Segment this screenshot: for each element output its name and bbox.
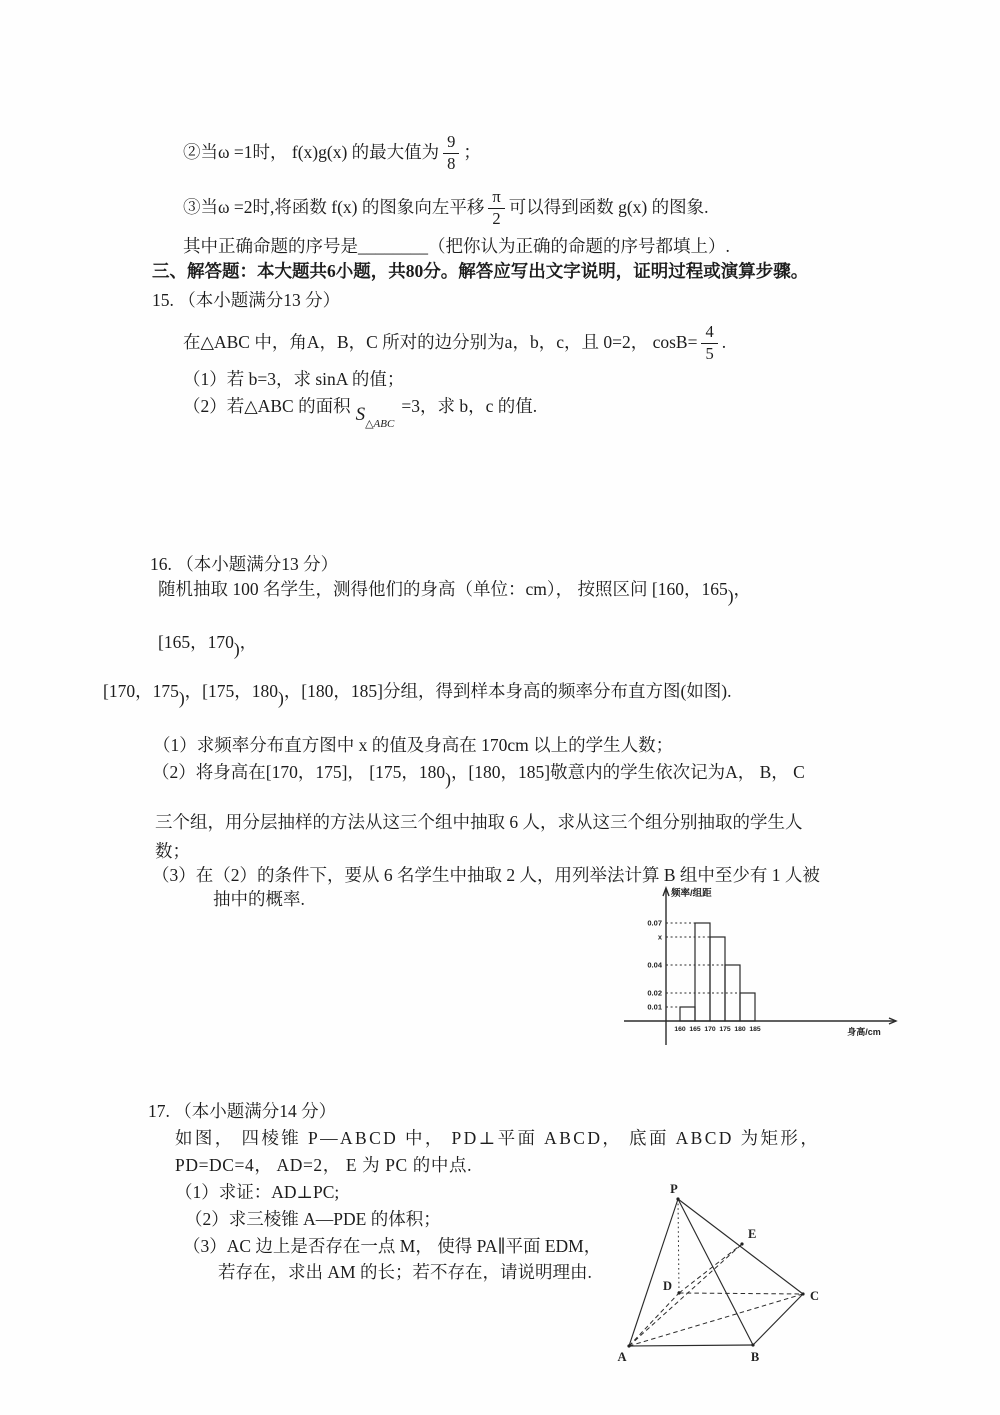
q16-line3-b: ，[175，180 — [185, 681, 278, 701]
histogram-bars-group: 0.07x0.040.020.01160165170175180185 — [647, 919, 760, 1034]
edge-PB — [678, 1199, 753, 1345]
q16-line3: [170，175)，[175，180)，[180，185]分组，得到样本身高的频… — [103, 681, 732, 703]
q16-line2-text: [165，170 — [158, 632, 234, 652]
q16-part1: （1）求频率分布直方图中 x 的值及身高在 170cm 以上的学生人数； — [153, 735, 673, 757]
proposition-3-text: ③当ω =2时,将函数 f(x) 的图象向左平移 — [183, 197, 484, 219]
dropped-paren: ) — [179, 688, 185, 708]
y-tick-label: 0.04 — [647, 961, 662, 970]
vertex-label-P: P — [670, 1182, 678, 1196]
x-tick-label: 185 — [749, 1026, 761, 1033]
fraction-4-5: 4 5 — [701, 324, 717, 362]
q16-part3-line2: 抽中的概率. — [213, 889, 305, 911]
area-subscript: △ABC — [365, 418, 394, 430]
fraction-9-8: 9 8 — [443, 134, 459, 172]
y-tick-label: 0.02 — [647, 989, 662, 998]
fraction-pi-2: π 2 — [488, 189, 504, 227]
q15-part2: （2）若△ABC 的面积S△ABC=3，求 b，c 的值. — [183, 395, 537, 419]
vertex-label-D: D — [663, 1279, 672, 1293]
y-tick-label: 0.07 — [647, 919, 662, 928]
proposition-2-text: ②当ω =1时， f(x)g(x) 的最大值为 — [183, 142, 439, 164]
histogram-bar — [695, 923, 710, 1021]
section-3-header: 三、解答题：本大题共6小题，共80分。解答应写出文字说明，证明过程或演算步骤。 — [152, 261, 808, 283]
q15-part1: （1）若 b=3，求 sinA 的值； — [183, 369, 404, 391]
q16-line2: [165，170)， — [158, 632, 257, 654]
dropped-paren: ) — [234, 639, 240, 659]
q15-intro-punct: . — [722, 332, 726, 354]
x-tick-label: 170 — [704, 1026, 716, 1033]
q15-part2-text-end: =3，求 b，c 的值. — [401, 396, 537, 416]
edge-PC — [678, 1199, 803, 1294]
q16-title: 16. （本小题满分13 分） — [150, 554, 338, 576]
x-axis-label: 身高/cm — [847, 1026, 881, 1037]
proposition-2-punct: ； — [463, 142, 481, 164]
q16-part2-text-a: （2）将身高在[170，175]， [175，180 — [152, 762, 445, 782]
x-tick-label: 160 — [674, 1026, 686, 1033]
proposition-3-text-end: 可以得到函数 g(x) 的图象. — [509, 197, 709, 219]
dropped-paren: ) — [728, 586, 734, 606]
x-tick-label: 180 — [734, 1026, 746, 1033]
x-tick-label: 165 — [689, 1026, 701, 1033]
q16-line1-comma: ， — [734, 579, 752, 599]
vertex-C-dot — [801, 1292, 804, 1295]
q17-part2: （2）求三棱锥 A—PDE 的体积； — [185, 1209, 441, 1231]
edge-DC — [679, 1293, 803, 1294]
frequency-histogram: 频率/组距 身高/cm 0.07x0.040.020.0116016517017… — [612, 875, 902, 1060]
q16-line3-a: [170，175 — [103, 681, 179, 701]
q17-part1: （1）求证：AD⊥PC; — [175, 1182, 339, 1204]
q17-line2: PD=DC=4， AD=2， E 为 PC 的中点. — [175, 1155, 472, 1177]
vertex-label-C: C — [810, 1289, 819, 1303]
q17-line1: 如图， 四棱锥 P—ABCD 中， PD⊥平面 ABCD， 底面 ABCD 为矩… — [175, 1128, 820, 1150]
q16-line2-comma: ， — [240, 632, 258, 652]
q15-intro-text: 在△ABC 中，角A，B，C 所对的边分别为a，b，c，且 0=2， cosB= — [183, 332, 697, 354]
q17-part3-line1: （3）AC 边上是否存在一点 M， 使得 PA∥平面 EDM， — [183, 1236, 601, 1258]
histogram-bar — [740, 993, 755, 1021]
histogram-bar — [680, 1007, 695, 1021]
vertex-label-E: E — [748, 1227, 756, 1241]
q16-part2-line2: 三个组，用分层抽样的方法从这三个组中抽取 6 人，求从这三个组分别抽取的学生人 — [155, 812, 803, 834]
vertex-D-dot — [677, 1291, 680, 1294]
proposition-3-line: ③当ω =2时,将函数 f(x) 的图象向左平移 π 2 可以得到函数 g(x)… — [183, 180, 709, 236]
q16-part2-line3: 数； — [155, 841, 190, 863]
pyramid-figure: P E D C A B — [590, 1180, 890, 1410]
q16-line3-c: ，[180，185]分组，得到样本身高的频率分布直方图(如图). — [284, 681, 732, 701]
q15-part2-text: （2）若△ABC 的面积 — [183, 396, 351, 416]
exam-paper-page: ②当ω =1时， f(x)g(x) 的最大值为 9 8 ； ③当ω =2时,将函… — [0, 0, 1000, 1415]
y-tick-label: 0.01 — [647, 1003, 662, 1012]
q16-part2-text-b: ，[180，185]敬意内的学生依次记为A， B， C — [451, 762, 805, 782]
histogram-bar — [710, 937, 725, 1021]
q16-part2-line1: （2）将身高在[170，175]， [175，180)，[180，185]敬意内… — [152, 762, 805, 784]
vertex-B-dot — [751, 1343, 754, 1346]
q15-intro-line: 在△ABC 中，角A，B，C 所对的边分别为a，b，c，且 0=2， cosB=… — [183, 318, 726, 368]
vertex-label-B: B — [751, 1350, 759, 1364]
vertex-A-dot — [627, 1344, 630, 1347]
segment-DE — [679, 1244, 742, 1293]
vertex-P-dot — [676, 1197, 679, 1200]
edge-AB — [629, 1345, 753, 1346]
q17-title: 17. （本小题满分14 分） — [148, 1101, 336, 1123]
y-tick-label: x — [658, 933, 663, 942]
dropped-paren: ) — [278, 688, 284, 708]
q16-line1: 随机抽取 100 名学生，测得他们的身高（单位：cm）， 按照区问 [160，1… — [158, 579, 751, 601]
edge-PD — [678, 1199, 679, 1293]
q15-title: 15. （本小题满分13 分） — [152, 290, 340, 312]
vertex-label-A: A — [617, 1350, 626, 1364]
area-symbol-S: S — [356, 404, 366, 425]
q16-line1-text: 随机抽取 100 名学生，测得他们的身高（单位：cm）， 按照区问 [160，1… — [158, 579, 728, 599]
dropped-paren: ) — [445, 769, 451, 789]
proposition-2-line: ②当ω =1时， f(x)g(x) 的最大值为 9 8 ； — [183, 126, 481, 180]
x-tick-label: 175 — [719, 1026, 731, 1033]
vertex-E-dot — [740, 1242, 743, 1245]
q17-part3-line2: 若存在，求出 AM 的长；若不存在，请说明理由. — [218, 1262, 592, 1284]
y-axis-label: 频率/组距 — [671, 887, 712, 899]
conclusion-blank-line: 其中正确命题的序号是________（把你认为正确的命题的序号都填上）. — [183, 236, 730, 258]
